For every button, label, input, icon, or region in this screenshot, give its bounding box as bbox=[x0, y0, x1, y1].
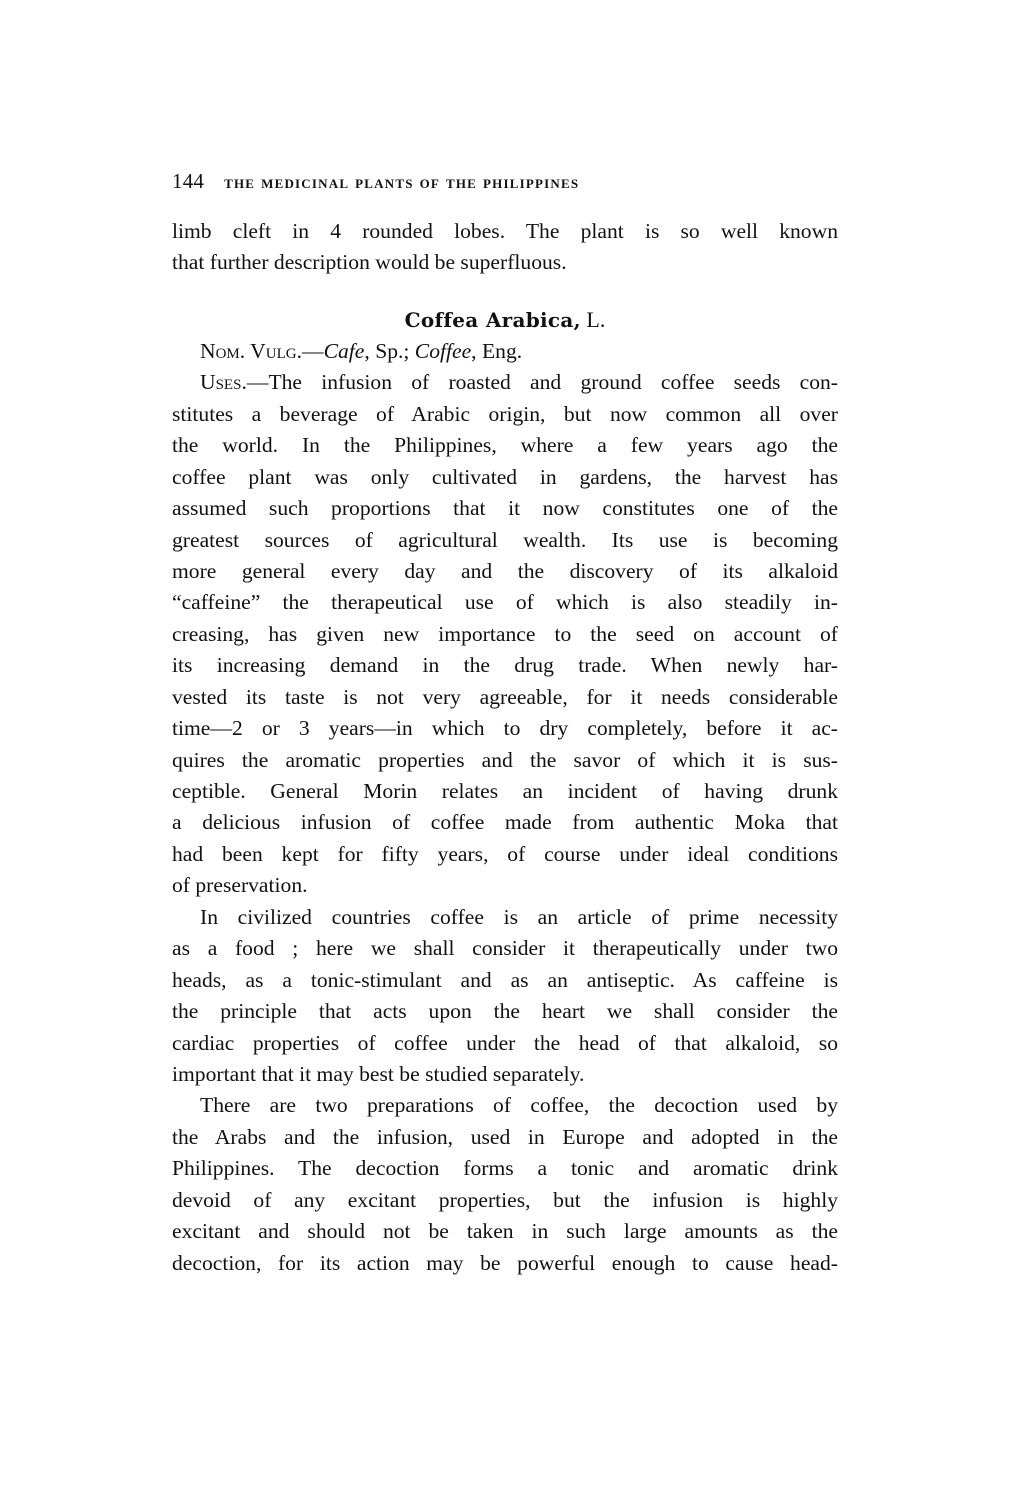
uses-line-text: —The infusion of roasted and ground coff… bbox=[247, 370, 838, 394]
spanish-lang: , Sp.; bbox=[364, 339, 414, 363]
continuation-paragraph: limb cleft in 4 rounded lobes. The plant… bbox=[172, 216, 838, 279]
uses-label: Uses. bbox=[200, 370, 247, 394]
text-line: creasing, has given new importance to th… bbox=[172, 619, 838, 650]
text-line: as a food ; here we shall consider it th… bbox=[172, 933, 838, 964]
english-lang: , Eng. bbox=[471, 339, 522, 363]
book-page: 144 THE MEDICINAL PLANTS OF THE PHILIPPI… bbox=[172, 166, 838, 1279]
text-line: There are two preparations of coffee, th… bbox=[172, 1090, 838, 1121]
text-line: devoid of any excitant properties, but t… bbox=[172, 1185, 838, 1216]
text-line: excitant and should not be taken in such… bbox=[172, 1216, 838, 1247]
text-line: Nom. Vulg.—Cafe, Sp.; Coffee, Eng. bbox=[172, 336, 838, 367]
dash: — bbox=[302, 339, 324, 363]
text-line: vested its taste is not very agreeable, … bbox=[172, 682, 838, 713]
text-line: its increasing demand in the drug trade.… bbox=[172, 650, 838, 681]
text-line: In civilized countries coffee is an arti… bbox=[172, 902, 838, 933]
text-line: Philippines. The decoction forms a tonic… bbox=[172, 1153, 838, 1184]
text-line: the Arabs and the infusion, used in Euro… bbox=[172, 1122, 838, 1153]
text-line: more general every day and the discovery… bbox=[172, 556, 838, 587]
text-line: “caffeine” the therapeutical use of whic… bbox=[172, 587, 838, 618]
text-line: had been kept for fifty years, of course… bbox=[172, 839, 838, 870]
species-heading: Coffea Arabica, L. bbox=[172, 304, 838, 336]
text-line: limb cleft in 4 rounded lobes. The plant… bbox=[172, 216, 838, 247]
nomenclature-line: Nom. Vulg.—Cafe, Sp.; Coffee, Eng. bbox=[172, 336, 838, 367]
text-line: heads, as a tonic-stimulant and as an an… bbox=[172, 965, 838, 996]
uses-paragraph: Uses.—The infusion of roasted and ground… bbox=[172, 367, 838, 901]
spanish-name: Cafe bbox=[324, 339, 365, 363]
text-line: of preservation. bbox=[172, 870, 838, 901]
text-line: a delicious infusion of coffee made from… bbox=[172, 807, 838, 838]
running-title: THE MEDICINAL PLANTS OF THE PHILIPPINES bbox=[224, 168, 579, 198]
text-line: cardiac properties of coffee under the h… bbox=[172, 1028, 838, 1059]
running-header: 144 THE MEDICINAL PLANTS OF THE PHILIPPI… bbox=[172, 166, 838, 196]
text-line: that further description would be superf… bbox=[172, 247, 838, 278]
text-line: Uses.—The infusion of roasted and ground… bbox=[172, 367, 838, 398]
paragraph-preparations: There are two preparations of coffee, th… bbox=[172, 1090, 838, 1279]
text-line: assumed such proportions that it now con… bbox=[172, 493, 838, 524]
text-line: coffee plant was only cultivated in gard… bbox=[172, 462, 838, 493]
paragraph-tonic-antiseptic: In civilized countries coffee is an arti… bbox=[172, 902, 838, 1091]
text-line: quires the aromatic properties and the s… bbox=[172, 745, 838, 776]
page-number: 144 bbox=[172, 166, 204, 196]
nomenclature-label: Nom. Vulg. bbox=[200, 339, 302, 363]
text-line: decoction, for its action may be powerfu… bbox=[172, 1248, 838, 1279]
text-line: ceptible. General Morin relates an incid… bbox=[172, 776, 838, 807]
text-line: important that it may best be studied se… bbox=[172, 1059, 838, 1090]
text-line: time—2 or 3 years—in which to dry comple… bbox=[172, 713, 838, 744]
text-line: the world. In the Philippines, where a f… bbox=[172, 430, 838, 461]
text-line: the principle that acts upon the heart w… bbox=[172, 996, 838, 1027]
text-line: greatest sources of agricultural wealth.… bbox=[172, 525, 838, 556]
species-author: L. bbox=[586, 307, 605, 332]
species-name: Coffea Arabica, bbox=[405, 308, 581, 332]
english-name: Coffee bbox=[415, 339, 471, 363]
text-line: stitutes a beverage of Arabic origin, bu… bbox=[172, 399, 838, 430]
